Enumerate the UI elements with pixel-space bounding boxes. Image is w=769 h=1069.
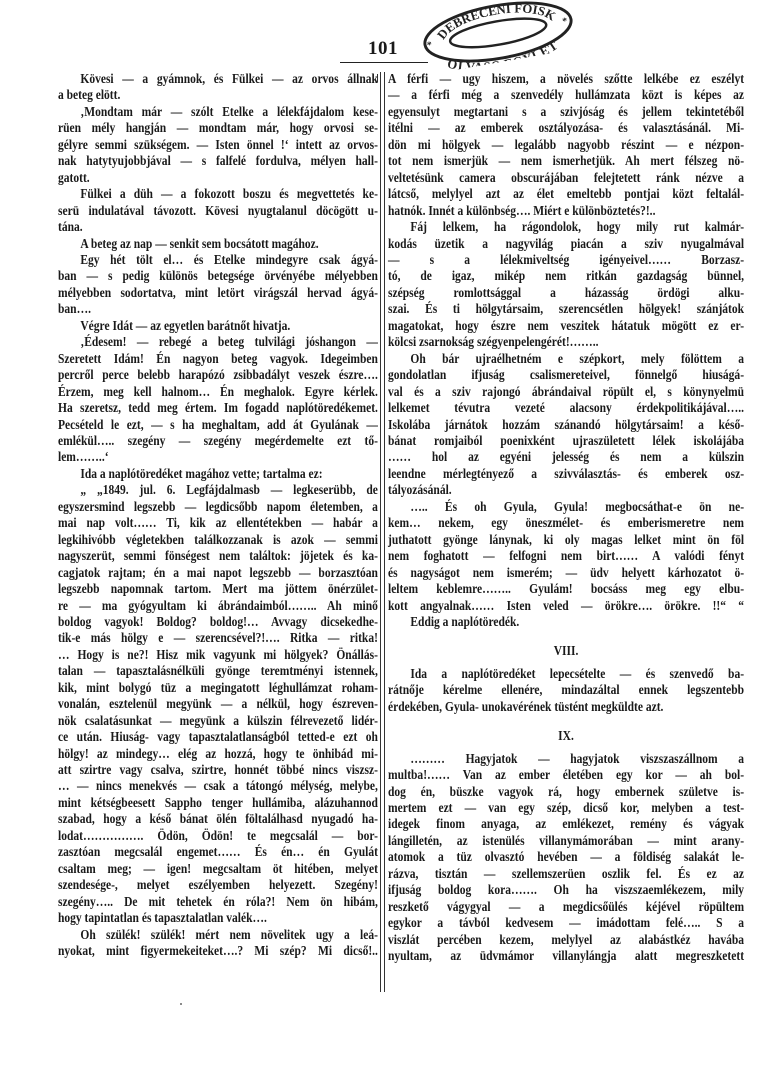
text-line: tó, de igaz, mikép nem ritkán gazdagság … xyxy=(388,268,744,284)
text-line: hölgy! az mindegy… elég az hozzá, hogy t… xyxy=(58,746,378,762)
text-line: mint kétségbeesett Sappho tenger hullámi… xyxy=(58,795,378,811)
text-line: zasztóan megcsalál engemet…… És én… én G… xyxy=(58,844,378,860)
text-line: serü indulatával távozott. Kövesi nyugta… xyxy=(58,203,378,219)
text-line: hogy tapintatlan és tapasztalatlan valék… xyxy=(58,910,378,926)
text-line: szegény….. De mit tehetek én róla?! Nem … xyxy=(58,894,378,910)
text-line: gélyre semmi szükségem. — Isten önnel !‘… xyxy=(58,137,378,153)
text-line: lodat……………. Ödön, Ödön! te megcsalál — b… xyxy=(58,828,378,844)
text-line: egyensulyt megtartani s a szivjóság és j… xyxy=(388,104,744,120)
text-line: mertem ezt — van egy szép, dicső kor, me… xyxy=(388,800,744,816)
text-line: legkihivóbb végletekben találkozzanak is… xyxy=(58,532,378,548)
text-line: val és a sziv rajongó ábrándaival röpült… xyxy=(388,384,744,400)
text-line: ……… Hagyjatok — hagyjatok viszszaszállno… xyxy=(388,751,744,767)
text-line: nagyszerüt, semmi fönségest nem találtok… xyxy=(58,548,378,564)
text-line: nyokat, mint figyermekeiteket….? Mi szép… xyxy=(58,943,378,959)
text-line: szabad, hogy a késő bánat ölén föltalálh… xyxy=(58,811,378,827)
text-line: tik-e más hölgy e — szerencsével?!…. Rit… xyxy=(58,630,378,646)
text-line: rátnője kérelme ellenére, mindazáltal en… xyxy=(388,682,744,698)
text-line: látcső, melylyel azt az élet emeltebb po… xyxy=(388,186,744,202)
text-line: Egy hét tölt el… és Etelke mindegyre csa… xyxy=(58,252,378,268)
text-line: kem… nekem, egy öneszmélet- és emberisme… xyxy=(388,515,744,531)
text-line: legszebb napomnak tartom. Mert ma jöttem… xyxy=(58,581,378,597)
text-line: leendne mérlegtényező a szivválasztás- é… xyxy=(388,466,744,482)
text-line: érdekében, Gyula- unokavérének tüstént m… xyxy=(388,699,744,715)
header-rule xyxy=(340,62,428,63)
text-line: Pecsételd le ezt, — s ha meghaltam, add … xyxy=(58,417,378,433)
text-line: gatott. xyxy=(58,170,378,186)
stamp-star-left: * xyxy=(426,40,433,52)
text-line: nak hatytyujobbjával — s falfelé fordulv… xyxy=(58,153,378,169)
text-line: ‚Mondtam már — szólt Etelke a lélekfájda… xyxy=(58,104,378,120)
text-line: emlékül….. szegény — szegény megérdemelt… xyxy=(58,433,378,449)
text-line: re — ma gyógyultam ki ábrándaimból…….. A… xyxy=(58,598,378,614)
section-gap xyxy=(388,630,744,643)
text-line: szépség romlottsággal a házasság ördögi … xyxy=(388,285,744,301)
text-line: kott angyalnak…… Isten veled — örökre…. … xyxy=(388,598,744,614)
text-line: a beteg elött. xyxy=(58,87,378,103)
right-column: A férfi — ugy hiszem, a növelés szőtte l… xyxy=(388,71,744,965)
text-line: Fáj lelkem, ha rágondolok, hogy mily rut… xyxy=(388,219,744,235)
section-gap xyxy=(388,715,744,728)
text-line: … Hogy is ne?! Hisz mik vagyunk mi hölgy… xyxy=(58,647,378,663)
text-line: szendesége-, melyet eszélyemben helyezet… xyxy=(58,877,378,893)
left-column: Kövesi — a gyámnok, és Fülkei — az orvos… xyxy=(58,71,378,959)
text-line: Szeretett Idám! Én nagyon beteg vagyok. … xyxy=(58,351,378,367)
library-stamp: DEBRECENI FOISK OLVASÓ EGYLET * * xyxy=(416,0,580,75)
text-line: Oh bár ujraélhetném e szépkort, mely föl… xyxy=(388,351,744,367)
section-heading-ix: IX. xyxy=(388,728,744,744)
text-line: Érzem, meg kell halnom… Én meghalok. Egy… xyxy=(58,384,378,400)
text-line: viszlát percében kezem, melylyel az alab… xyxy=(388,932,744,948)
text-line: nök csalatásunkat — megyünk a külszin fé… xyxy=(58,713,378,729)
text-line: szai. És ti hölgytársaim, szerencsétlen … xyxy=(388,301,744,317)
text-line: vonalán, esztelenül megyünk — a nélkül, … xyxy=(58,696,378,712)
text-line: A beteg az nap — senkit sem bocsátott ma… xyxy=(58,236,378,252)
text-line: Ha szeretsz, tedd meg értem. Im fogadd n… xyxy=(58,400,378,416)
text-line: talan — tapasztalásnélküli gyönge teremt… xyxy=(58,663,378,679)
text-line: dön mi hölgyek — legalább nagyobb részin… xyxy=(388,137,744,153)
text-line: tályozásánál. xyxy=(388,482,744,498)
text-line: kölcsi zsarnokság szégyenpelengérét!…….. xyxy=(388,334,744,350)
text-line: itélni — az emberek osztályozása- és val… xyxy=(388,120,744,136)
text-line: atomok a tüz olvasztó hevében — a földis… xyxy=(388,849,744,865)
text-line: ….. És oh Gyula, Gyula! megbocsáthat-e ö… xyxy=(388,499,744,515)
text-line: ce után. Hiuság- vagy tapasztalatlanságb… xyxy=(58,729,378,745)
text-line: A férfi — ugy hiszem, a növelés szőtte l… xyxy=(388,71,744,87)
text-line: nyultam, az üdvmámor villanylángja alatt… xyxy=(388,948,744,964)
text-line: „ „1849. jul. 6. Legfájdalmasb — legkese… xyxy=(58,482,378,498)
text-line: egyszersmind legszebb — legdicsőbb napom… xyxy=(58,499,378,515)
text-line: ban…. xyxy=(58,301,378,317)
text-line: reszkető vágygyal — a megdicsőülés kéjév… xyxy=(388,899,744,915)
stamp-star-right: * xyxy=(562,16,569,28)
text-line: Eddig a naplótöredék. xyxy=(388,614,744,630)
page-number: 101 xyxy=(358,38,408,60)
text-line: juthatott gyönge lánynak, ki oly magas l… xyxy=(388,532,744,548)
text-line: ‚Édesem! — rebegé a beteg tulvilági jósh… xyxy=(58,334,378,350)
text-line: dog én, büszke vagyok rá, hogy embernek … xyxy=(388,784,744,800)
text-line: leltem keblemre…….. Gyulám! bocsáss meg … xyxy=(388,581,744,597)
section-heading-viii: VIII. xyxy=(388,643,744,659)
text-line: … — nincs menekvés — csak a tátongó mély… xyxy=(58,778,378,794)
text-line: magatokat, hogy észre nem veszitek hátat… xyxy=(388,318,744,334)
text-line: tána. xyxy=(58,219,378,235)
text-line: hatnók. Innét a különbség…. Miért e külö… xyxy=(388,203,744,219)
text-line: Fülkei a düh — a fokozott boszu és megve… xyxy=(58,186,378,202)
text-line: kik, mint bolygó tüz a megingatott léghu… xyxy=(58,680,378,696)
text-line: cagjatok rajtam; én a mai napot legszebb… xyxy=(58,565,378,581)
text-line: lángilletén, az istenülés villanymámoráb… xyxy=(388,833,744,849)
text-line: nem foghatott — felfogni nem birt…… A va… xyxy=(388,548,744,564)
text-line: ifjuság boldog kora……. Oh ha viszszaemlé… xyxy=(388,882,744,898)
text-line: kodás üzetik a nagyvilág piacán a sziv n… xyxy=(388,236,744,252)
text-line: gondolatlan ifjuság csalismereteivel, fö… xyxy=(388,367,744,383)
text-line: tot nem ismerjük — nem ismerhetjük. Ah m… xyxy=(388,153,744,169)
text-line: Iskolába járnátok hozzám szánandó hölgyt… xyxy=(388,417,744,433)
text-line: rüen mély hangján — mondtam már, hogy or… xyxy=(58,120,378,136)
text-line: multba!…… Van az ember életében egy kor … xyxy=(388,767,744,783)
text-line: boldog vagyok! Boldog? boldog!… Avvagy d… xyxy=(58,614,378,630)
text-line: idegek finom anyaga, az emlékezet, remén… xyxy=(388,816,744,832)
text-line: veltetésünk camera obscurájában felejtet… xyxy=(388,170,744,186)
text-line: att szirtre vagy csalva, szirtre, honnét… xyxy=(58,762,378,778)
print-speck xyxy=(180,1003,182,1005)
text-line: egykor a távból kedvesem — imádottam fel… xyxy=(388,915,744,931)
text-line: Ida a naplótöredéket magához vette; tart… xyxy=(58,466,378,482)
text-line: bánat romjaiból poenixként ujraszületett… xyxy=(388,433,744,449)
text-line: mélyebben sodortatva, mint letört virágs… xyxy=(58,285,378,301)
text-line: csaltam meg; — igen! megcsaltam öt hitéb… xyxy=(58,861,378,877)
text-line: rázva, tisztán — szellemszerüen oszlik f… xyxy=(388,866,744,882)
text-line: — s a lélekmiveltség igényeivel…… Borzas… xyxy=(388,252,744,268)
text-line: …… hol az egyéni jelesség és nem a külsz… xyxy=(388,449,744,465)
text-line: lem……..‘ xyxy=(58,449,378,465)
text-line: lelkemet tévutra vezeté alacsony érdekpo… xyxy=(388,400,744,416)
text-line: és nagyságot nem ismerém; — üdv helyett … xyxy=(388,565,744,581)
text-line: ban — s pedig különös betegsége örvényéb… xyxy=(58,268,378,284)
text-line: percről perce belebb harapózó zsibbadály… xyxy=(58,367,378,383)
text-line: Oh szülék! szülék! mért nem növelitek ug… xyxy=(58,927,378,943)
text-line: Ida a naplótöredéket lepecsételte — és s… xyxy=(388,666,744,682)
text-line: mai nap volt…… Ti, kik az ellentétekben … xyxy=(58,515,378,531)
stamp-icon: DEBRECENI FOISK OLVASÓ EGYLET * * xyxy=(416,0,580,75)
column-divider xyxy=(380,72,385,992)
text-line: Végre Idát — az egyetlen barátnőt hivatj… xyxy=(58,318,378,334)
text-line: Kövesi — a gyámnok, és Fülkei — az orvos… xyxy=(58,71,378,87)
text-line: — a férfi még a szenvedély hullámzata kö… xyxy=(388,87,744,103)
